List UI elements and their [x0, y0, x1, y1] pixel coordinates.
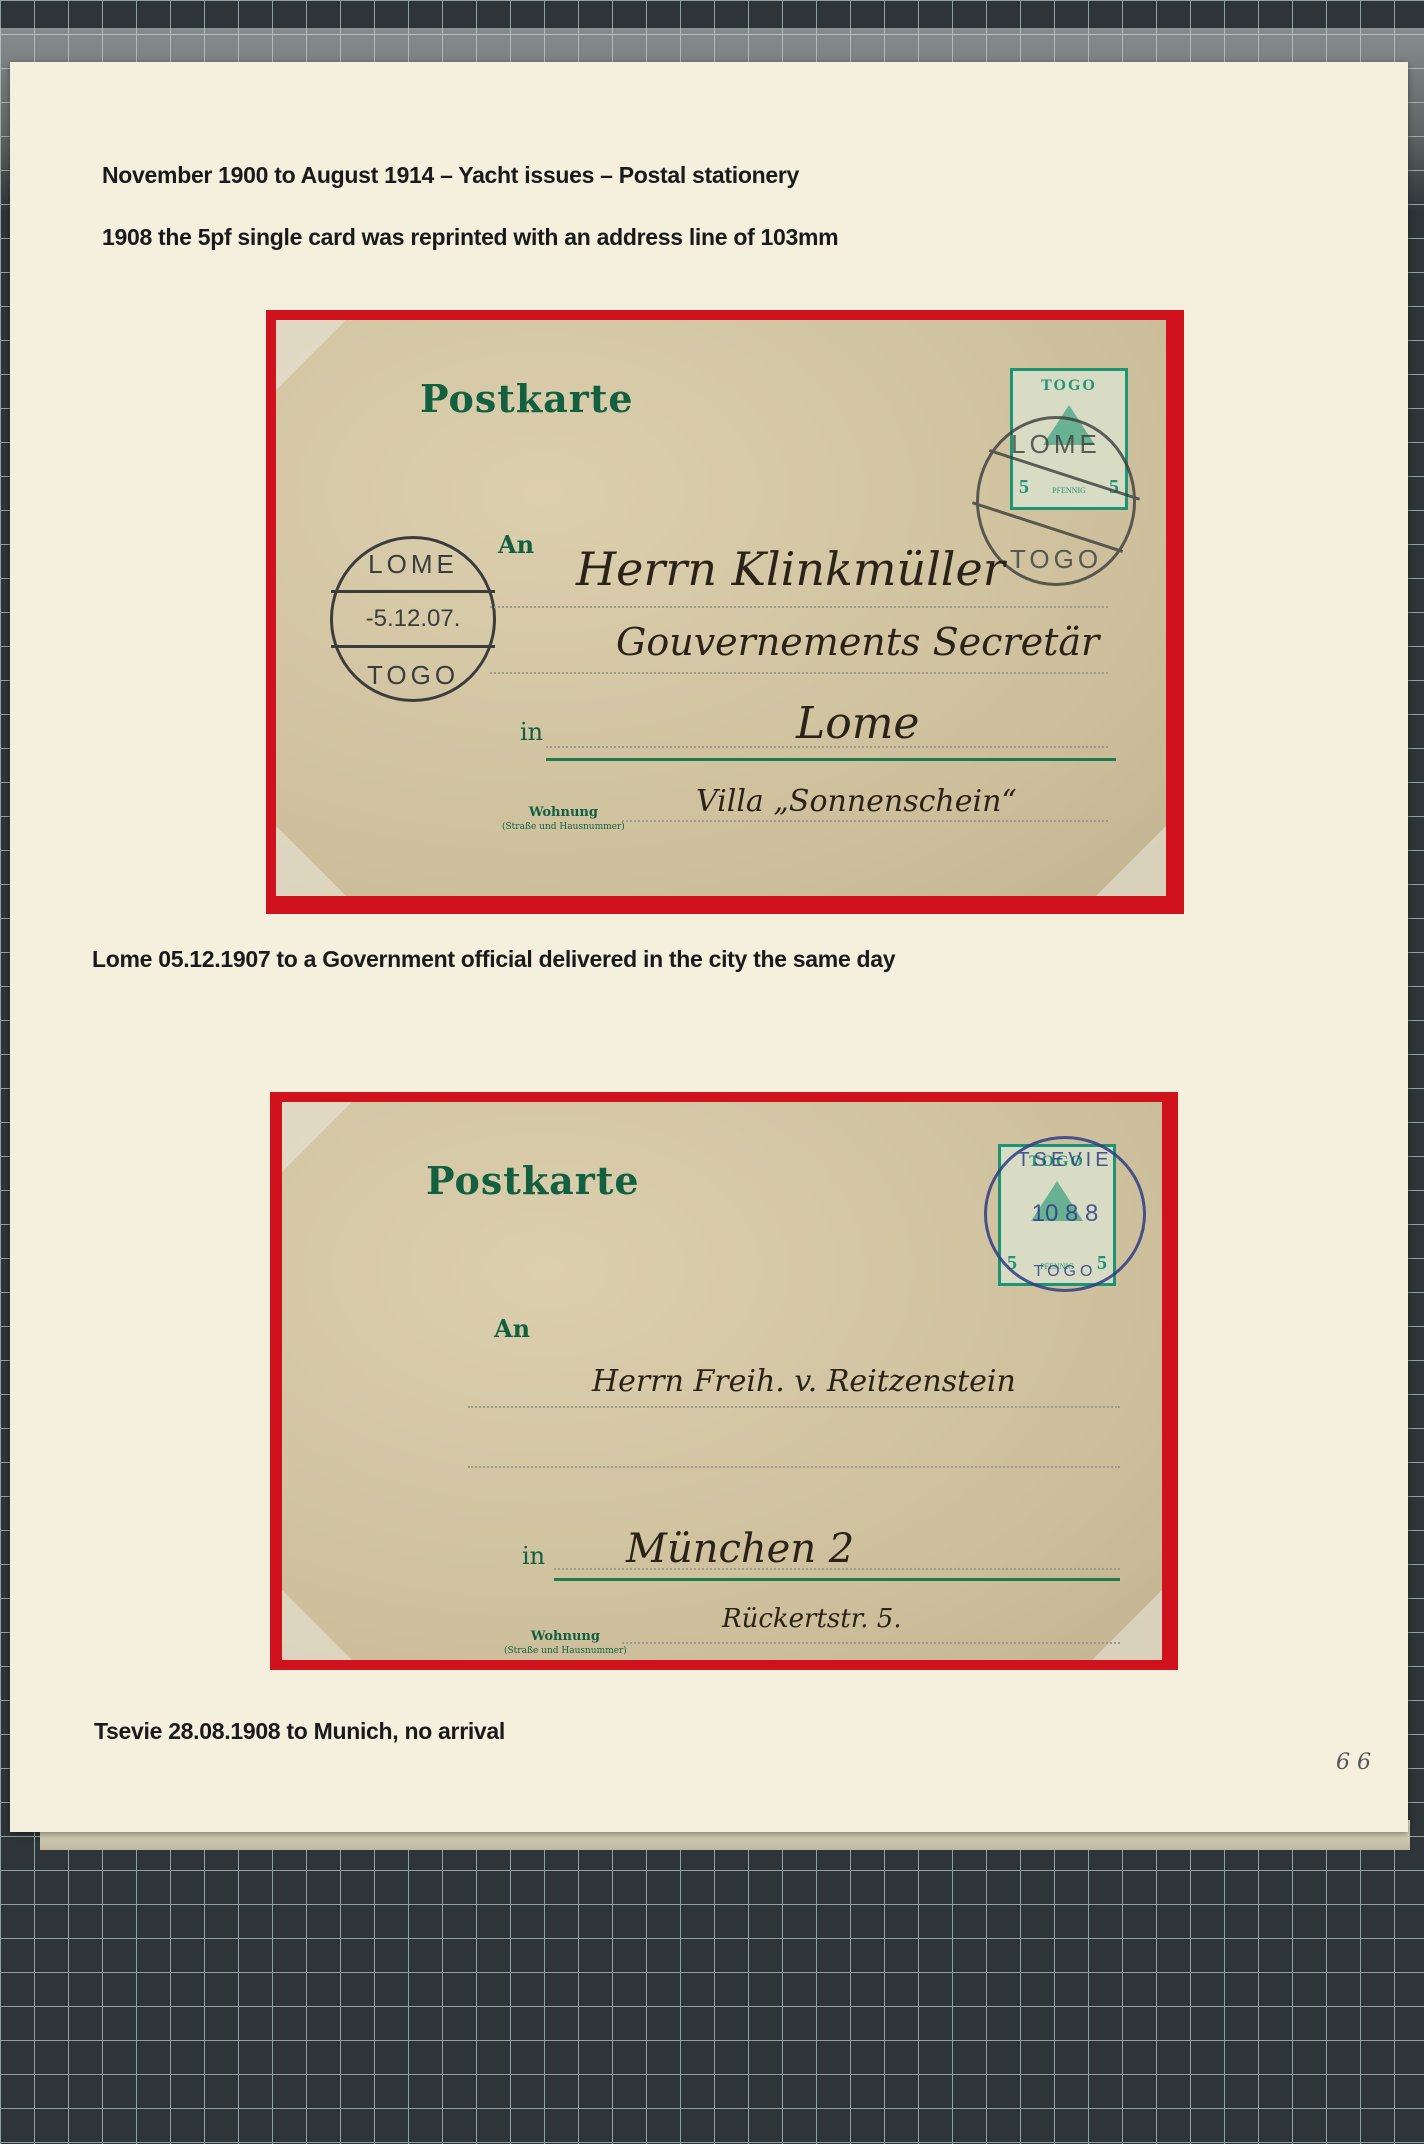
- album-page: November 1900 to August 1914 – Yacht iss…: [10, 62, 1408, 1832]
- photo-corner: [282, 1102, 352, 1172]
- address-line-3: Lome: [796, 698, 919, 749]
- address-rule: [554, 1578, 1120, 1581]
- card-2-caption: Tsevie 28.08.1908 to Munich, no arrival: [94, 1718, 505, 1745]
- residence-handwriting: Rückertstr. 5.: [722, 1604, 902, 1634]
- postmark-date: 10 8 8: [987, 1200, 1143, 1228]
- photo-corner: [276, 826, 346, 896]
- address-line-2: Gouvernements Secretär: [616, 620, 1099, 664]
- card-title: Postkarte: [420, 376, 634, 421]
- address-dotted-line: [468, 1466, 1120, 1468]
- postcard-2: Postkarte TOGO PFENNIG 5 5 TSEVIE 10 8 8…: [282, 1102, 1162, 1660]
- card-title: Postkarte: [426, 1158, 640, 1203]
- residence-label-text: Wohnung: [529, 805, 598, 820]
- page-heading: November 1900 to August 1914 – Yacht iss…: [102, 162, 799, 189]
- residence-label: Wohnung (Straße und Hausnummer): [502, 806, 625, 834]
- cancel-city: LOME: [979, 429, 1133, 460]
- in-label: in: [520, 718, 543, 746]
- postmark-country: TOGO: [333, 660, 493, 691]
- photo-corner: [1092, 1590, 1162, 1660]
- to-label: An: [494, 1314, 530, 1343]
- address-line-1: Herrn Freih. v. Reitzenstein: [592, 1364, 1016, 1399]
- lome-postmark: LOME -5.12.07. TOGO: [330, 536, 496, 702]
- tsevie-postmark: TSEVIE 10 8 8 TOGO: [984, 1136, 1146, 1292]
- to-label: An: [498, 530, 534, 559]
- card-1-caption: Lome 05.12.1907 to a Government official…: [92, 946, 895, 973]
- photo-corner: [1096, 826, 1166, 896]
- residence-label-text: Wohnung: [531, 1629, 600, 1644]
- residence-sublabel: (Straße und Hausnummer): [502, 820, 625, 834]
- postmark-city: LOME: [333, 549, 493, 580]
- address-dotted-line: [554, 1568, 1120, 1570]
- address-line-1: Herrn Klinkmüller: [576, 542, 1005, 596]
- residence-label: Wohnung (Straße und Hausnummer): [504, 1630, 627, 1658]
- photo-corner: [282, 1590, 352, 1660]
- address-dotted-line: [468, 1406, 1120, 1408]
- pencil-page-number: 6 6: [1336, 1750, 1371, 1775]
- residence-handwriting: Villa „Sonnenschein“: [696, 784, 1017, 819]
- postcard-1: Postkarte TOGO PFENNIG 5 5 LOME TOGO LOM…: [276, 320, 1166, 896]
- city-handwriting: München 2: [626, 1526, 854, 1572]
- postmark-date: -5.12.07.: [333, 605, 493, 633]
- in-label: in: [522, 1542, 545, 1570]
- postmark-country: TOGO: [987, 1263, 1143, 1281]
- address-dotted-line: [490, 672, 1108, 674]
- stamp-country: TOGO: [1013, 377, 1125, 395]
- address-dotted-line: [622, 1642, 1120, 1644]
- address-dotted-line: [490, 606, 1108, 608]
- postmark-city: TSEVIE: [987, 1149, 1143, 1172]
- page-subheading: 1908 the 5pf single card was reprinted w…: [102, 224, 838, 251]
- address-dotted-line: [546, 746, 1108, 748]
- residence-sublabel: (Straße und Hausnummer): [504, 1644, 627, 1658]
- address-dotted-line: [622, 820, 1108, 822]
- address-rule: [546, 758, 1116, 761]
- photo-corner: [276, 320, 346, 390]
